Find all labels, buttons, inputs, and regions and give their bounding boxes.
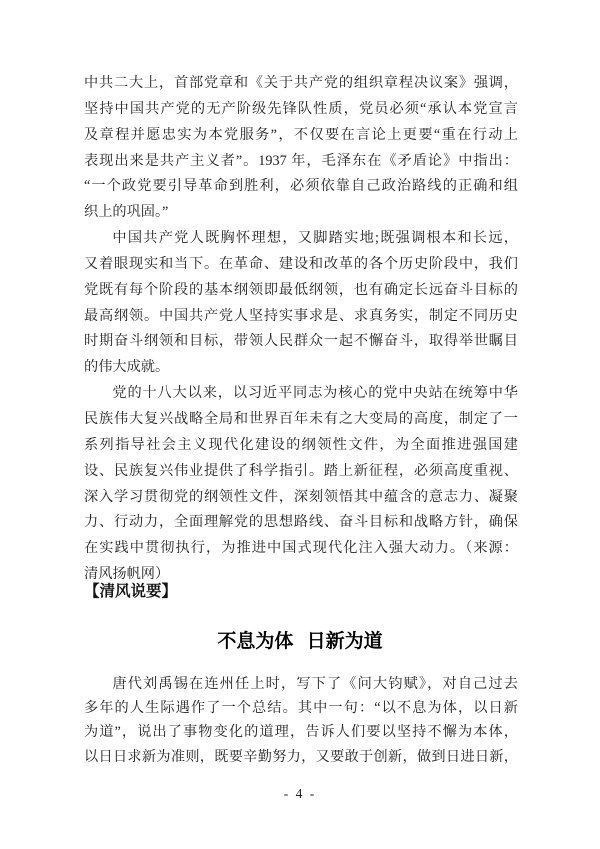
text-line: 坚持中国共产党的无产阶级先锋队性质，党员必须“承认本党宣言 (84, 97, 518, 123)
text-line: 及章程并愿忠实为本党服务”，不仅要在言论上更要“重在行动上 (84, 123, 518, 149)
text-line: 为道”，说出了事物变化的道理，告诉人们要以坚持不懈为本体， (84, 720, 518, 744)
text-line: 表现出来是共产主义者”。1937 年，毛泽东在《矛盾论》中指出： (84, 149, 518, 175)
article-title: 不息为体 日新为道 (0, 628, 600, 655)
text-line: 中共二大上，首部党章和《关于共产党的组织章程决议案》强调， (84, 71, 518, 97)
text-line: 多年的人生际遇作了一个总结。其中一句：“以不息为体，以日新 (84, 696, 518, 720)
text-line: 在实践中贯彻执行，为推进中国式现代化注入强大动力。（来源： (84, 536, 518, 562)
text-line: 织上的巩固。” (84, 200, 518, 226)
body-text-block: 中共二大上，首部党章和《关于共产党的组织章程决议案》强调，坚持中国共产党的无产阶… (84, 71, 518, 588)
text-line: 党的十八大以来，以习近平同志为核心的党中央站在统筹中华 (84, 381, 518, 407)
section-heading: 【清风说要】 (84, 581, 177, 603)
text-line: 时期奋斗纲领和目标，带领人民群众一起不懈奋斗，取得举世瞩目 (84, 329, 518, 355)
text-line: 的伟大成就。 (84, 355, 518, 381)
article-text-block: 唐代刘禹锡在连州任上时，写下了《问大钧赋》，对自己过去多年的人生际遇作了一个总结… (84, 672, 518, 769)
text-line: 唐代刘禹锡在连州任上时，写下了《问大钧赋》，对自己过去 (84, 672, 518, 696)
text-line: 系列指导社会主义现代化建设的纲领性文件，为全面推进强国建 (84, 433, 518, 459)
text-line: 民族伟大复兴战略全局和世界百年未有之大变局的高度，制定了一 (84, 407, 518, 433)
text-line: 又着眼现实和当下。在革命、建设和改革的各个历史阶段中，我们 (84, 252, 518, 278)
text-line: 以日日求新为准则，既要辛勤努力，又要敢于创新，做到日进日新， (84, 745, 518, 769)
text-line: 最高纲领。中国共产党人坚持实事求是、求真务实，制定不同历史 (84, 304, 518, 330)
text-line: 设、民族复兴伟业提供了科学指引。踏上新征程，必须高度重视、 (84, 459, 518, 485)
text-line: 深入学习贯彻党的纲领性文件，深刻领悟其中蕴含的意志力、凝聚 (84, 485, 518, 511)
document-page: 中共二大上，首部党章和《关于共产党的组织章程决议案》强调，坚持中国共产党的无产阶… (0, 0, 600, 849)
page-number: - 4 - (0, 786, 600, 802)
text-line: 中国共产党人既胸怀理想，又脚踏实地;既强调根本和长远， (84, 226, 518, 252)
text-line: 力、行动力，全面理解党的思想路线、奋斗目标和战略方针，确保 (84, 510, 518, 536)
text-line: 党既有每个阶段的基本纲领即最低纲领，也有确定长远奋斗目标的 (84, 278, 518, 304)
text-line: “一个政党要引导革命到胜利，必须依靠自己政治路线的正确和组 (84, 174, 518, 200)
